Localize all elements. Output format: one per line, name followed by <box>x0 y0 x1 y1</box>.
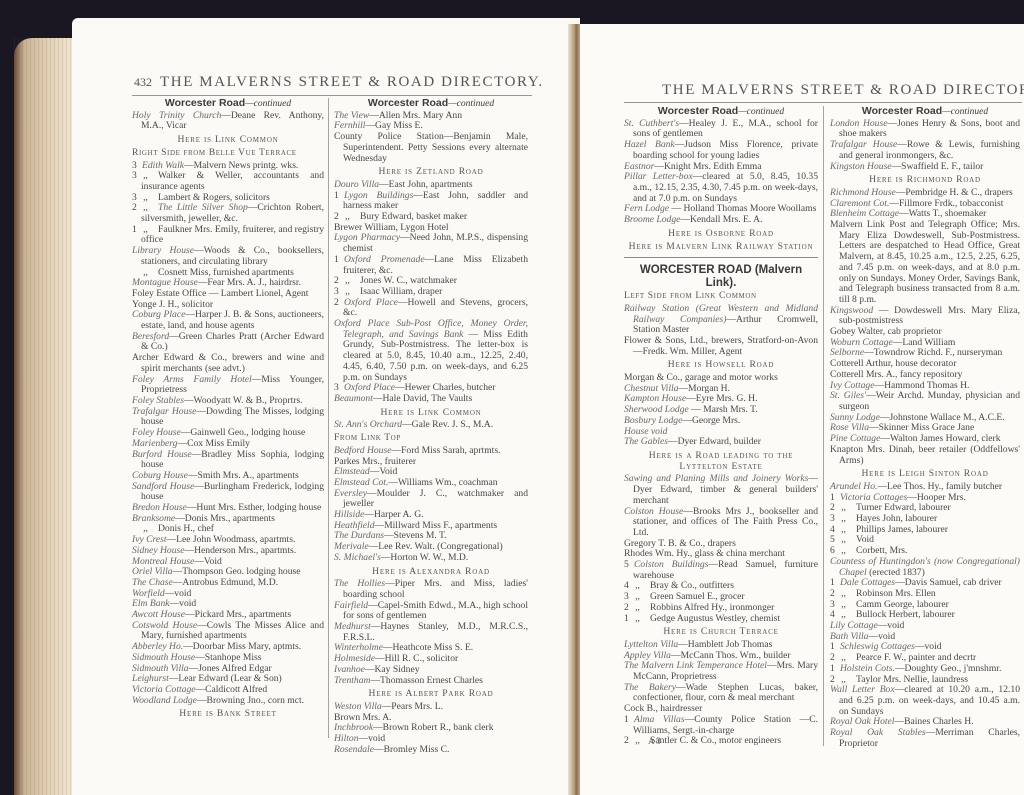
house-name: Beaumont <box>334 393 373 404</box>
house-name: Leighurst <box>132 673 169 684</box>
occupant-text: —Moulder J. C., watchmaker and jeweller <box>343 488 528 510</box>
occupant-text: Lambert & Rogers, solicitors <box>158 192 270 203</box>
house-name: Alma Villas <box>634 714 685 725</box>
house-name: Oxford Place <box>344 382 395 393</box>
occupant-text: Turner Edward, labourer <box>856 502 951 513</box>
occupant-text: —Smith Mrs. A., apartments <box>188 470 299 481</box>
house-name: The Malvern Link Temperance Hotel <box>624 660 767 671</box>
running-head-right: THE MALVERNS STREET & ROAD DIRECTORY.433 <box>662 82 1024 99</box>
directory-entry: Railway Station (Great Western and Midla… <box>624 304 818 336</box>
directory-entry: 3,,Walker & Weller, accountants and insu… <box>132 171 324 192</box>
section-heading: Here is Howsell Road <box>624 360 818 371</box>
house-name: Fairfield <box>334 600 368 611</box>
occupant-text: —Hamblett Job Thomas <box>678 639 772 650</box>
occupant-text: —Hammond Thomas H. <box>875 380 970 391</box>
directory-entry: Cotswold House—Cowls The Misses Alice an… <box>132 621 324 642</box>
occupant-text: Archer Edward & Co., brewers and wine an… <box>132 352 324 374</box>
occupant-text: —Dyer Edward, builder <box>668 436 761 447</box>
directory-entry: 1,,Faulkner Mrs. Emily, fruiterer, and r… <box>132 225 324 246</box>
house-name: Colston Buildings <box>634 559 708 570</box>
occupant-text: —void <box>165 588 192 599</box>
occupant-text: Jones W. C., watchmaker <box>360 275 457 286</box>
house-name: Edith Walk <box>142 160 184 171</box>
house-number: 2 <box>624 736 634 747</box>
house-name: Burford House <box>132 449 192 460</box>
column-divider <box>823 106 824 746</box>
heading-text: Worcester Road <box>658 105 738 117</box>
house-name: Lygon Buildings <box>344 190 413 201</box>
occupant-text: Yonge J. H., solicitor <box>132 299 213 310</box>
occupant-text: —Capel-Smith Edwd., M.A., high school fo… <box>343 600 528 622</box>
house-name: Elmstead <box>334 466 370 477</box>
occupant-text: —Harper A. G. <box>364 509 423 520</box>
house-name: The Gables <box>624 436 668 447</box>
occupant-text: —Lear Edward (Lear & Son) <box>169 673 282 684</box>
house-name: The View <box>334 110 369 121</box>
directory-entry: 2,,The Little Silver Shop—Crichton Rober… <box>132 203 324 224</box>
house-name: Rose Villa <box>830 422 869 433</box>
house-name: The Chase <box>132 577 173 588</box>
occupant-text: —Lee John Woodmass, apartmts. <box>167 534 296 545</box>
occupant-text: —Allen Mrs. Mary Ann <box>369 110 462 121</box>
occupant-text: Gobey Walter, cab proprietor <box>830 326 942 337</box>
occupant-text: —Weir Archd. Munday, physician and surge… <box>839 390 1020 412</box>
house-name: St. Cuthbert's <box>624 118 679 129</box>
occupant-text: —Browning Jno., corn mct. <box>197 695 304 706</box>
column-left-2: Worcester Road—continuedThe View—Allen M… <box>334 98 528 755</box>
occupant-text: Parkes Mrs., fruiterer <box>334 456 416 467</box>
directory-entry: The Gables—Dyer Edward, builder <box>624 437 818 448</box>
section-heading: Here is Richmond Road <box>830 175 1020 186</box>
directory-entry: Oxford Place Sub-Post Office, Money Orde… <box>334 319 528 383</box>
house-name: The Hollies <box>334 578 385 589</box>
occupant-text: Isaac William, draper <box>360 286 442 297</box>
house-name: S. Michael's <box>334 552 381 563</box>
occupant-text: —McCann Thos. Wm., builder <box>671 650 791 661</box>
house-name: Countess of Huntingdon's (now Congregati… <box>830 556 1020 578</box>
occupant-text: —Donis Mrs., apartments <box>175 513 275 524</box>
directory-entry: Kingston House—Swaffield E. F., tailor <box>830 162 1020 173</box>
house-name: Coburg Place <box>132 309 185 320</box>
directory-entry: Malvern Link Post and Telegraph Office; … <box>830 220 1020 306</box>
house-name: Victoria Cottages <box>840 492 907 503</box>
occupant-text: —void <box>170 598 197 609</box>
directory-entry: Beresford—Green Charles Pratt (Archer Ed… <box>132 332 324 353</box>
occupant-text: —Heathcote Miss S. E. <box>383 642 473 653</box>
house-number: 1 <box>624 614 634 625</box>
house-name: Bath Villa <box>830 631 868 642</box>
occupant-text: —Pears Mrs. L. <box>382 701 443 712</box>
column-left-1: Worcester Road—continuedHoly Trinity Chu… <box>132 98 324 722</box>
occupant-text: Gregory T. B. & Co., drapers <box>624 538 736 549</box>
house-name: Blenheim Cottage <box>830 208 899 219</box>
house-name: Bredon House <box>132 502 187 513</box>
house-name: Arundel Ho. <box>830 481 877 492</box>
house-name: Foley Stables <box>132 395 184 406</box>
occupant-text: —East John, apartments <box>379 179 473 190</box>
section-heading: Here is Osborne Road <box>624 229 818 240</box>
house-name: Beresford <box>132 331 169 342</box>
occupant-text: —Lee Rev. Walt. (Congregational) <box>369 541 503 552</box>
occupant-text: Cotterell Arthur, house decorator <box>830 358 956 369</box>
house-name: Sidmouth House <box>132 652 195 663</box>
occupant-text: Foley Estate Office — Lambert Lionel, Ag… <box>132 288 308 299</box>
house-name: Awcott House <box>132 609 185 620</box>
occupant-text: —Towndrow Richd. F., nurseryman <box>864 347 1002 358</box>
house-name: Bosbury Lodge <box>624 415 682 426</box>
occupant-text: —Kay Sidney <box>365 664 420 675</box>
occupant-text: Pearce F. W., painter and decrtr <box>856 652 976 663</box>
directory-entry: Beaumont—Hale David, The Vaults <box>334 394 528 405</box>
occupant-text: —Morgan H. <box>678 383 730 394</box>
section-heading: Here is Church Terrace <box>624 627 818 638</box>
occupant-text: —Eyre Mrs. G. H. <box>686 393 757 404</box>
heading-text: Worcester Road <box>368 97 448 109</box>
directory-entry: Countess of Huntingdon's (now Congregati… <box>830 557 1020 578</box>
house-name: Coburg House <box>132 470 188 481</box>
occupant-text: —Stevens M. T. <box>384 530 447 541</box>
occupant-text: —Hunt Mrs. Esther, lodging house <box>187 502 321 513</box>
occupant-text: Brown Mrs. A. <box>334 712 392 723</box>
occupant-text: Rhodes Wm. Hy., glass & china merchant <box>624 548 785 559</box>
occupant-text: —Swaffield E. F., tailor <box>892 161 984 172</box>
occupant-text: —Bromley Miss C. <box>374 744 449 755</box>
running-head-left: 432THE MALVERNS STREET & ROAD DIRECTORY. <box>134 74 544 91</box>
occupant-text: Bray & Co., outfitters <box>650 580 734 591</box>
house-name: London House <box>830 118 887 129</box>
house-name: Hillside <box>334 509 364 520</box>
occupant-text: (erected 1837) <box>867 567 925 578</box>
occupant-text: —Antrobus Edmund, M.D. <box>173 577 278 588</box>
occupant-text: —Skinner Miss Grace Jane <box>869 422 974 433</box>
occupant-text: County Police Station—Benjamin Male, Sup… <box>334 131 528 163</box>
directory-entry: Library House—Woods & Co., booksellers, … <box>132 246 324 267</box>
house-name: Fernhill <box>334 120 365 131</box>
house-name: Wall Letter Box <box>830 684 895 695</box>
house-name: Medhurst <box>334 621 371 632</box>
occupant-text: —Jones Alfred Edgar <box>189 663 272 674</box>
ditto-mark: ,, <box>634 603 650 614</box>
running-head-title: THE MALVERNS STREET & ROAD DIRECTORY. <box>160 74 544 90</box>
occupant-text: Phillips James, labourer <box>856 524 948 535</box>
occupant-text: —Fear Mrs. A. J., hairdrsr. <box>198 277 301 288</box>
column-heading: Worcester Road—continued <box>334 98 528 110</box>
right-page: THE MALVERNS STREET & ROAD DIRECTORY.433… <box>580 24 1024 795</box>
occupant-text: — Holland Thomas Moore Woollams <box>669 203 816 214</box>
directory-entry: 1,,Gedge Augustus Westley, chemist <box>624 614 818 625</box>
section-heading: Here is Link Common <box>334 408 528 419</box>
section-heading: Here is Albert Park Road <box>334 689 528 700</box>
directory-entry: Wall Letter Box—cleared at 10.20 a.m., 1… <box>830 685 1020 717</box>
directory-entry: S. Michael's—Horton W. W., M.D. <box>334 553 528 564</box>
heading-text: Worcester Road <box>862 105 942 117</box>
house-name: Holy Trinity Church <box>132 110 221 121</box>
house-name: Eastnor <box>624 161 654 172</box>
house-name: Eversley <box>334 488 367 499</box>
house-name: Royal Oak Stables <box>830 727 926 738</box>
house-name: The Durdans <box>334 530 384 541</box>
signature-mark: A 3 <box>648 736 661 746</box>
house-name: Victoria Cottage <box>132 684 196 695</box>
house-name: Colston House <box>624 506 683 517</box>
house-name: Appley Villa <box>624 650 671 661</box>
section-heading: Here is Malvern Link Railway Station <box>624 242 818 253</box>
occupant-text: Bury Edward, basket maker <box>360 211 467 222</box>
occupant-text: —Gay Miss E. <box>365 120 422 131</box>
house-name: Sawing and Planing Mills and Joinery Wor… <box>624 473 808 484</box>
occupant-text: —Baines Charles H. <box>894 716 973 727</box>
directory-entry: 1Oxford Promenade—Lane Miss Elizabeth fr… <box>334 255 528 276</box>
house-name: Dale Cottages <box>840 577 895 588</box>
directory-entry: 5Colston Buildings—Read Samuel, furnitur… <box>624 560 818 581</box>
house-name: Cotswold House <box>132 620 197 631</box>
house-name: Holstein Cots. <box>840 663 895 674</box>
occupant-text: Flower & Sons, Ltd., brewers, Stratford-… <box>624 335 818 357</box>
directory-entry: Coburg Place—Harper J. B. & Sons, auctio… <box>132 310 324 331</box>
occupant-text: —Doorbar Miss Mary, aptmts. <box>183 641 301 652</box>
occupant-text: Gedge Augustus Westley, chemist <box>650 613 780 624</box>
house-name: Elmstead Cot. <box>334 477 388 488</box>
occupant-text: —Gainwell Geo., lodging house <box>181 427 305 438</box>
occupant-text: Hayes John, labourer <box>856 513 937 524</box>
occupant-text: Robbins Alfred Hy., ironmonger <box>650 602 774 613</box>
occupant-text: —Hale David, The Vaults <box>373 393 472 404</box>
occupant-text: —Hooper Mrs. <box>907 492 966 503</box>
house-name: Fern Lodge <box>624 203 669 214</box>
house-name: Ivy Cottage <box>830 380 875 391</box>
occupant-text: Green Samuel E., grocer <box>650 591 745 602</box>
directory-entry: Burford House—Bradley Miss Sophia, lodgi… <box>132 450 324 471</box>
occupant-text: —Fillmore Frdk., tobacconist <box>889 198 1003 209</box>
directory-entry: Sandford House—Burlingham Frederick, lod… <box>132 482 324 503</box>
house-name: Library House <box>132 245 194 256</box>
heading-suffix: —continued <box>738 107 784 117</box>
occupant-text: —Pembridge H. & C., drapers <box>896 187 1013 198</box>
occupant-text: —Doughty Geo., j'mnshmr. <box>895 663 1001 674</box>
occupant-text: Santler C. & Co., motor engineers <box>650 735 781 746</box>
house-name: Oxford Promenade <box>344 254 425 265</box>
house-name: Rosendale <box>334 744 374 755</box>
directory-entry: The Hollies—Piper Mrs. and Miss, ladies'… <box>334 579 528 600</box>
occupant-text: —Pickard Mrs., apartments <box>185 609 291 620</box>
occupant-text: —Hewer Charles, butcher <box>395 382 495 393</box>
directory-entry: 1Alma Villas—County Police Station —C. W… <box>624 715 818 736</box>
occupant-text: —void <box>359 733 386 744</box>
section-heading: Here is a Road leading to the Lyttelton … <box>624 451 818 472</box>
occupant-text: —Void <box>194 556 222 567</box>
occupant-text: —Land William <box>893 337 956 348</box>
header-rule <box>624 102 1022 103</box>
house-name: Pine Cottage <box>830 433 880 444</box>
house-name: Abberley Ho. <box>132 641 183 652</box>
directory-entry: Broome Lodge—Kendall Mrs. E. A. <box>624 215 818 226</box>
house-name: Claremont Cot. <box>830 198 889 209</box>
directory-entry: London House—Jones Henry & Sons, boot an… <box>830 119 1020 140</box>
column-right-1: Worcester Road—continuedSt. Cuthbert's—H… <box>624 106 818 747</box>
occupant-text: Taylor Mrs. Nellie, laundress <box>856 674 968 685</box>
house-name: Woburn Cottage <box>830 337 893 348</box>
house-name: Ivanhoe <box>334 664 365 675</box>
occupant-text: —Davis Samuel, cab driver <box>895 577 1002 588</box>
house-name: Hilton <box>334 733 359 744</box>
house-name: Pillar Letter-box <box>624 171 693 182</box>
house-name: Lyttelton Villa <box>624 639 678 650</box>
house-name: Marienberg <box>132 438 177 449</box>
house-name: Selborne <box>830 347 864 358</box>
header-rule <box>132 95 532 96</box>
directory-entry: Holy Trinity Church—Deane Rev. Anthony, … <box>132 111 324 132</box>
house-name: House void <box>624 426 667 437</box>
occupant-text: —Malvern News printg. wks. <box>184 160 298 171</box>
house-name: Weston Villa <box>334 701 382 712</box>
occupant-text: —void <box>878 620 905 631</box>
house-name: Oriel Villa <box>132 566 173 577</box>
house-name: Lily Cottage <box>830 620 878 631</box>
directory-entry: 1Lygon Buildings—East John, saddler and … <box>334 191 528 212</box>
house-name: Schleswig Cottages <box>840 641 915 652</box>
directory-entry: Pillar Letter-box—cleared at 5.0, 8.45, … <box>624 172 818 204</box>
occupant-text: —Woodyatt W. & B., Proprtrs. <box>184 395 303 406</box>
directory-entry: Royal Oak Stables—Merriman Charles, Prop… <box>830 728 1020 749</box>
directory-entry: St. Cuthbert's—Healey J. E., M.A., schoo… <box>624 119 818 140</box>
occupant-text: —Johnstone Wallace M., A.C.E. <box>880 412 1005 423</box>
occupant-text: —Ford Miss Sarah, aprtmts. <box>391 445 500 456</box>
house-name: The Bakery <box>624 682 676 693</box>
directory-entry: Rosendale—Bromley Miss C. <box>334 745 528 756</box>
occupant-text: —Stanhope Miss <box>195 652 261 663</box>
directory-entry: Medhurst—Haynes Stanley, M.D., M.R.C.S.,… <box>334 622 528 643</box>
directory-entry: The Bakery—Wade Stephen Lucas, baker, co… <box>624 683 818 704</box>
house-name: Montague House <box>132 277 198 288</box>
heading-text: Worcester Road <box>165 97 245 109</box>
heading-suffix: —continued <box>448 99 494 109</box>
occupant-text: —void <box>915 641 942 652</box>
house-name: Broome Lodge <box>624 214 680 225</box>
house-name: Richmond House <box>830 187 896 198</box>
left-page: 432THE MALVERNS STREET & ROAD DIRECTORY.… <box>72 18 580 795</box>
occupant-text: —Kendall Mrs. E. A. <box>680 214 762 225</box>
section-heading: Here is Bank Street <box>132 709 324 720</box>
occupant-text: —Lee Thos. Hy., family butcher <box>877 481 1002 492</box>
house-number: 2 <box>624 603 634 614</box>
house-number: 1 <box>830 664 840 675</box>
occupant-text: —Thompson Geo. lodging house <box>173 566 301 577</box>
occupant-text: Walker & Weller, accountants and insuran… <box>141 170 324 192</box>
occupant-text: Camm George, labourer <box>856 599 949 610</box>
occupant-text: —Brown Robert R., bank clerk <box>373 722 493 733</box>
occupant-text: —Gale Rev. J. S., M.A. <box>402 419 493 430</box>
occupant-text: —Thomasson Ernest Charles <box>370 675 482 686</box>
directory-entry: Colston House—Brooks Mrs J., bookseller … <box>624 507 818 539</box>
house-name: Royal Oak Hotel <box>830 716 894 727</box>
occupant-text: —George Mrs. <box>682 415 740 426</box>
subsection-heading: From Link Top <box>334 433 528 444</box>
directory-entry: Hazel Bank—Judson Miss Florence, private… <box>624 140 818 161</box>
house-name: St. Ann's Orchard <box>334 419 402 430</box>
house-name: Foley House <box>132 427 181 438</box>
directory-entry: Eversley—Moulder J. C., watchmaker and j… <box>334 489 528 510</box>
house-name: Sherwood Lodge <box>624 404 689 415</box>
section-heading: Here is Alexandra Road <box>334 567 528 578</box>
house-name: Kingswood <box>830 305 873 316</box>
directory-entry: Kingswood — Dowdeswell Mrs. Mary Eliza, … <box>830 306 1020 327</box>
column-heading: Worcester Road—continued <box>830 106 1020 118</box>
house-name: Woodland Lodge <box>132 695 197 706</box>
occupant-text: Faulkner Mrs. Emily, fruiterer, and regi… <box>141 224 324 246</box>
directory-entry: Knapton Mrs. Dinah, beer retailer (Oddfe… <box>830 445 1020 466</box>
house-name: Heathfield <box>334 520 375 531</box>
house-name: Chestnut Villa <box>624 383 678 394</box>
column-heading: Worcester Road—continued <box>624 106 818 118</box>
house-name: Branksome <box>132 513 175 524</box>
street-heading: WORCESTER ROAD (Malvern Link). <box>624 257 818 289</box>
page-number: 432 <box>134 75 152 89</box>
house-name: The Little Silver Shop <box>158 202 248 213</box>
occupant-text: —Caldicott Alfred <box>196 684 268 695</box>
house-name: Winterholme <box>334 642 383 653</box>
occupant-text: —Void <box>370 466 398 477</box>
heading-suffix: —continued <box>942 107 988 117</box>
house-name: Sidmouth Villa <box>132 663 189 674</box>
occupant-text: Robinson Mrs. Ellen <box>856 588 936 599</box>
section-heading: Here is Leigh Sinton Road <box>830 469 1020 480</box>
heading-suffix: —continued <box>245 99 291 109</box>
house-name: Elm Bank <box>132 598 170 609</box>
house-name: Ivy Crest <box>132 534 167 545</box>
directory-entry: Lygon Pharmacy—Need John, M.P.S., dispen… <box>334 233 528 254</box>
directory-entry: Trafalgar House—Dowding The Misses, lodg… <box>132 407 324 428</box>
section-heading: Here is Zetland Road <box>334 167 528 178</box>
occupant-text: — Marsh Mrs. T. <box>689 404 758 415</box>
house-name: Montreal House <box>132 556 194 567</box>
occupant-text: —Cox Miss Emily <box>177 438 250 449</box>
directory-entry: 2Oxford Place—Howell and Stevens, grocer… <box>334 298 528 319</box>
house-name: Douro Villa <box>334 179 379 190</box>
house-name: Sandford House <box>132 481 194 492</box>
occupant-text: Knapton Mrs. Dinah, beer retailer (Oddfe… <box>830 444 1020 466</box>
occupant-text: Malvern Link Post and Telegraph Office; … <box>830 219 1020 305</box>
house-name: Hazel Bank <box>624 139 675 150</box>
occupant-text: —Hill R. C., solicitor <box>375 653 458 664</box>
occupant-text: —Walton James Howard, clerk <box>880 433 1000 444</box>
occupant-text: —Horton W. W., M.D. <box>381 552 468 563</box>
column-right-2: Worcester Road—continuedLondon House—Jon… <box>830 106 1020 749</box>
occupant-text: Void <box>856 534 874 545</box>
house-name: Trentham <box>334 675 370 686</box>
house-name: Lygon Pharmacy <box>334 232 400 243</box>
house-name: Foley Arms Family Hotel <box>132 374 252 385</box>
directory-entry: Trentham—Thomasson Ernest Charles <box>334 676 528 687</box>
subsection-heading: Left Side from Link Common <box>624 291 818 302</box>
house-name: St. Giles' <box>830 390 866 401</box>
occupant-text: Corbett, Mrs. <box>856 545 907 556</box>
directory-entry: Sawing and Planing Mills and Joinery Wor… <box>624 474 818 506</box>
directory-entry: St. Giles'—Weir Archd. Munday, physician… <box>830 391 1020 412</box>
house-name: Oxford Place <box>344 297 398 308</box>
occupant-text: —Millward Miss F., apartments <box>375 520 498 531</box>
house-name: Trafalgar House <box>132 406 196 417</box>
house-name: Inchbrook <box>334 722 373 733</box>
ditto-mark: ,, <box>634 614 650 625</box>
directory-entry: Woodland Lodge—Browning Jno., corn mct. <box>132 696 324 707</box>
subsection-heading: Right Side from Belle Vue Terrace <box>132 148 324 159</box>
house-name: Bedford House <box>334 445 391 456</box>
occupant-text: Bullock Herbert, labourer <box>856 609 955 620</box>
house-name: Sidney House <box>132 545 185 556</box>
occupant-text: Cosnett Miss, furnished apartments <box>158 267 294 278</box>
running-head-title: THE MALVERNS STREET & ROAD DIRECTORY. <box>662 82 1024 98</box>
occupant-text: —void <box>868 631 895 642</box>
